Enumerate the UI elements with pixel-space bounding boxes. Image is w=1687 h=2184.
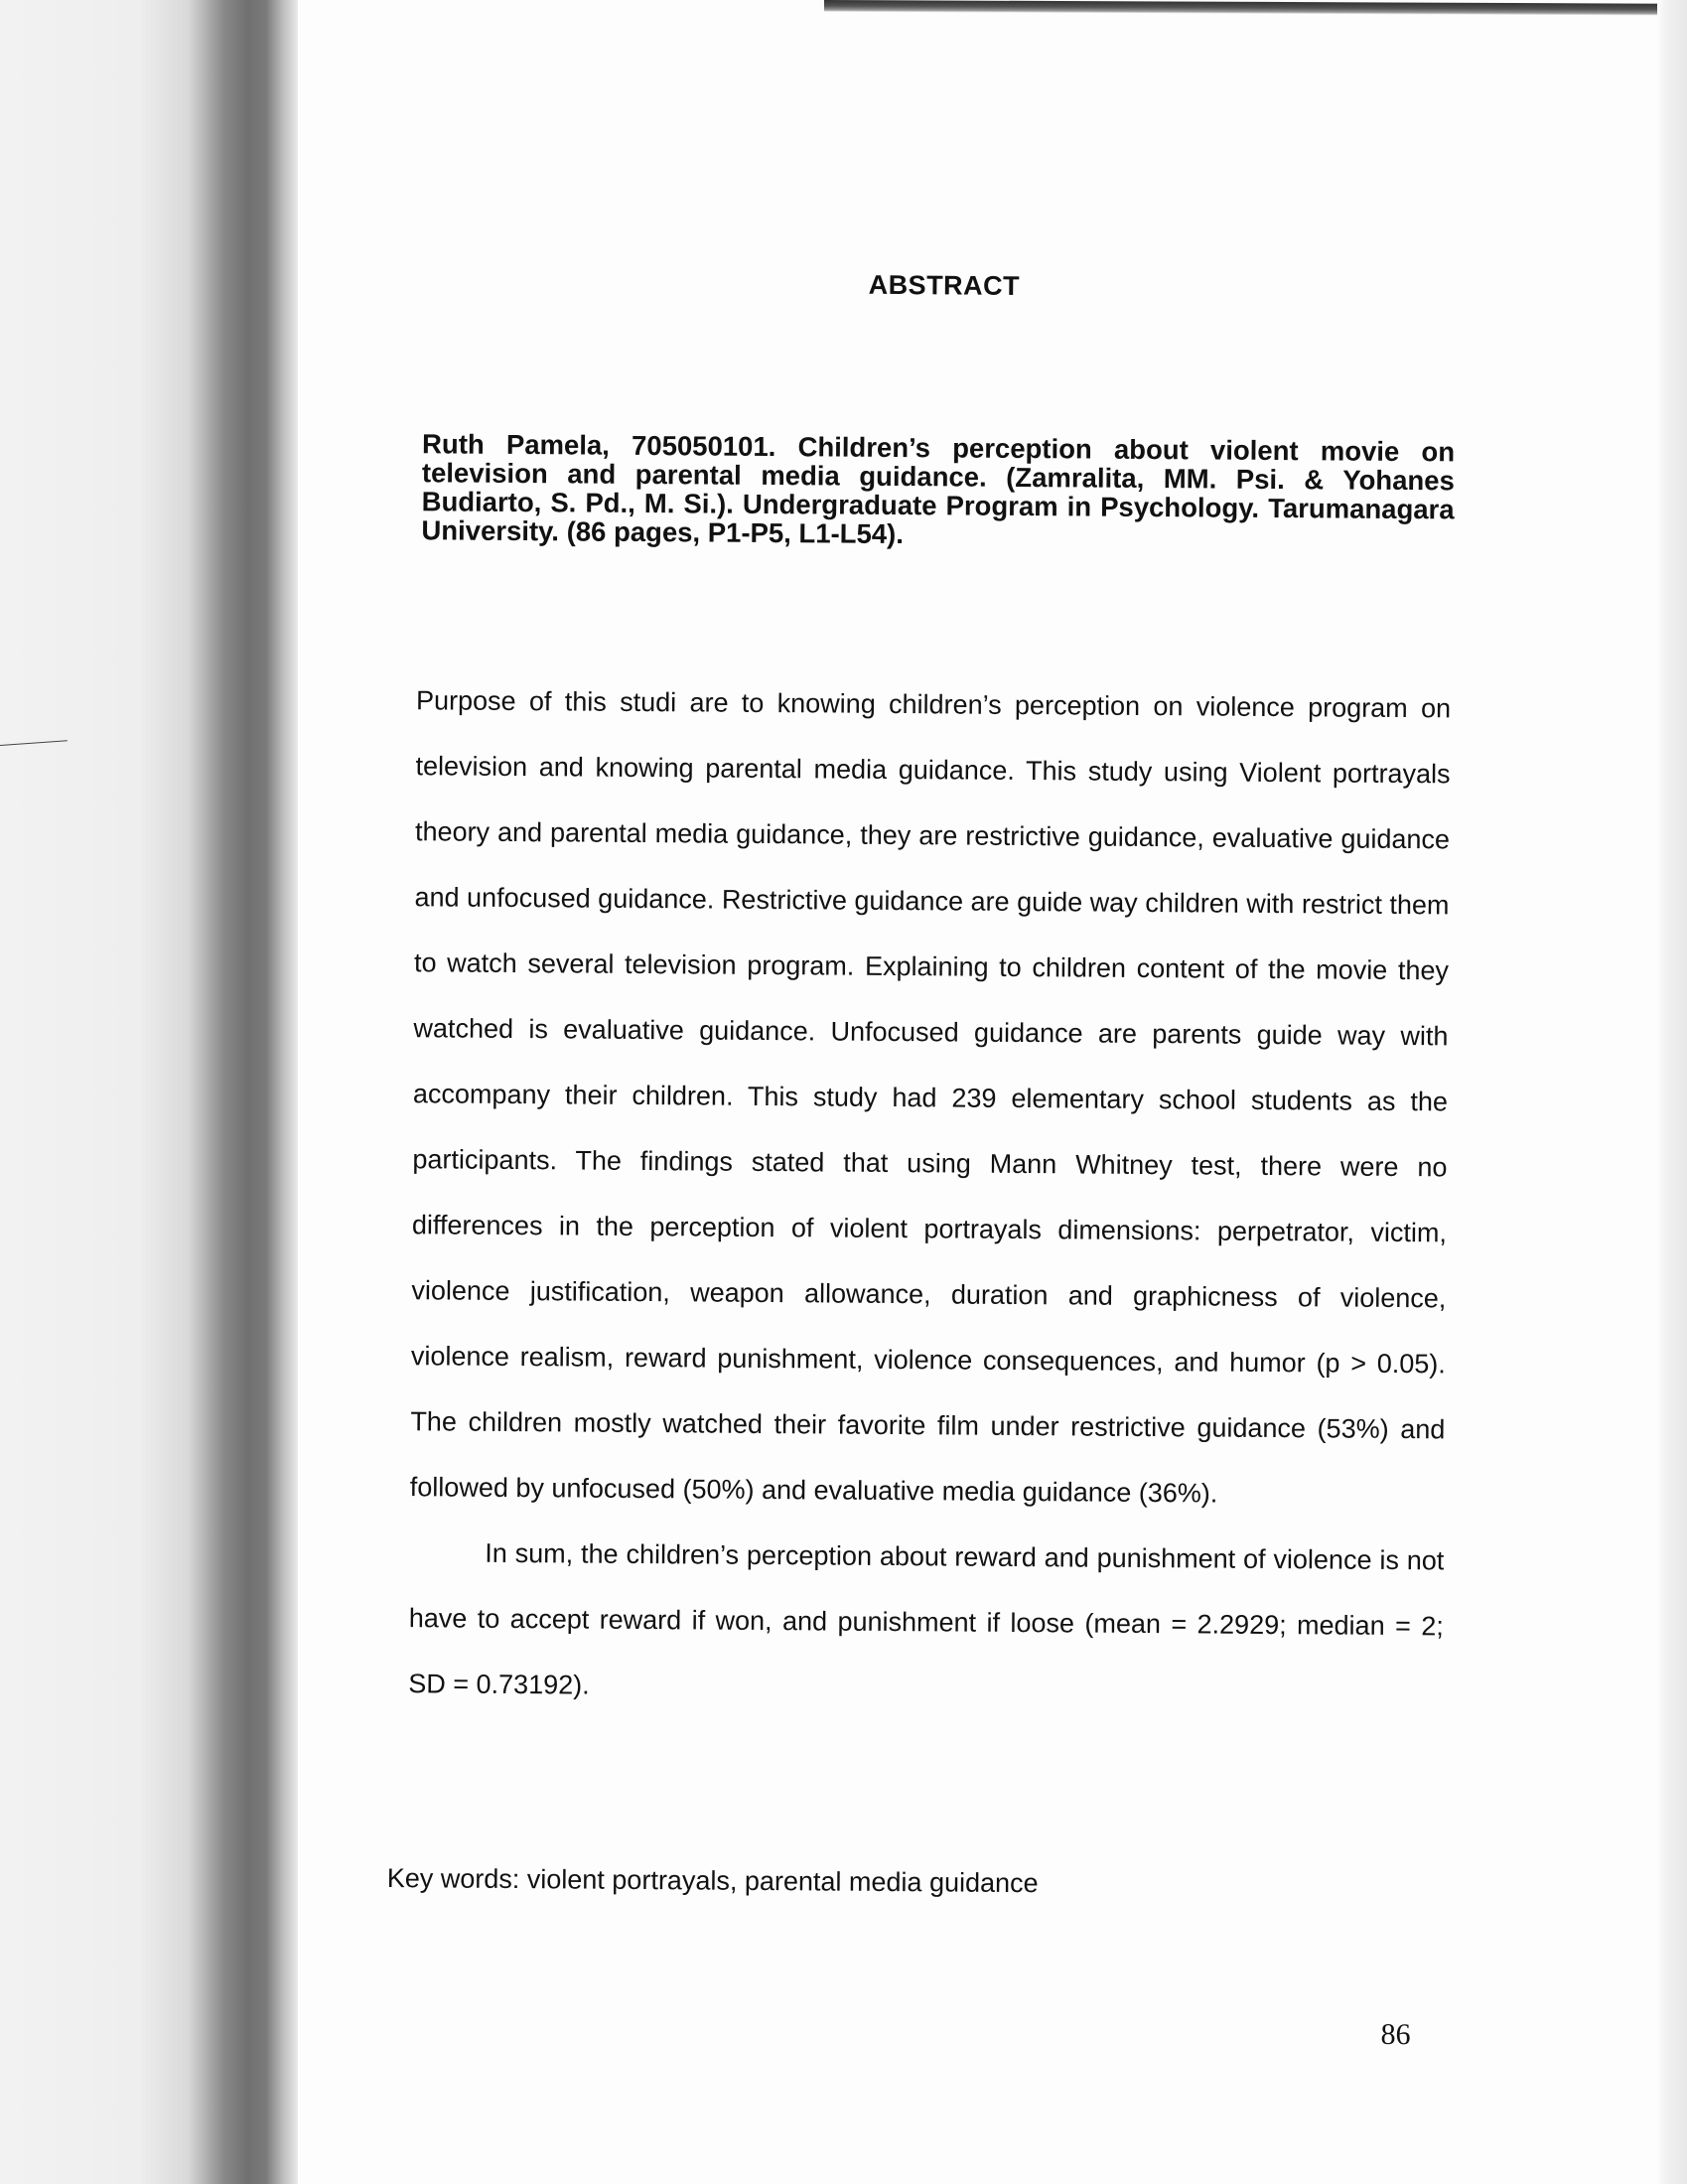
abstract-paragraph: Purpose of this studi are to knowing chi… [410,667,1452,1528]
page-number: 86 [1380,2018,1410,2052]
page-title: ABSTRACT [6,263,1687,307]
document-page: ABSTRACT Ruth Pamela, 705050101. Childre… [0,0,1687,2184]
citation-block: Ruth Pamela, 705050101. Children’s perce… [421,429,1455,552]
abstract-body: Purpose of this studi are to knowing chi… [408,667,1451,1724]
abstract-paragraph: In sum, the children’s perception about … [408,1520,1445,1724]
keywords-line: Key words: violent portrayals, parental … [387,1863,1039,1899]
